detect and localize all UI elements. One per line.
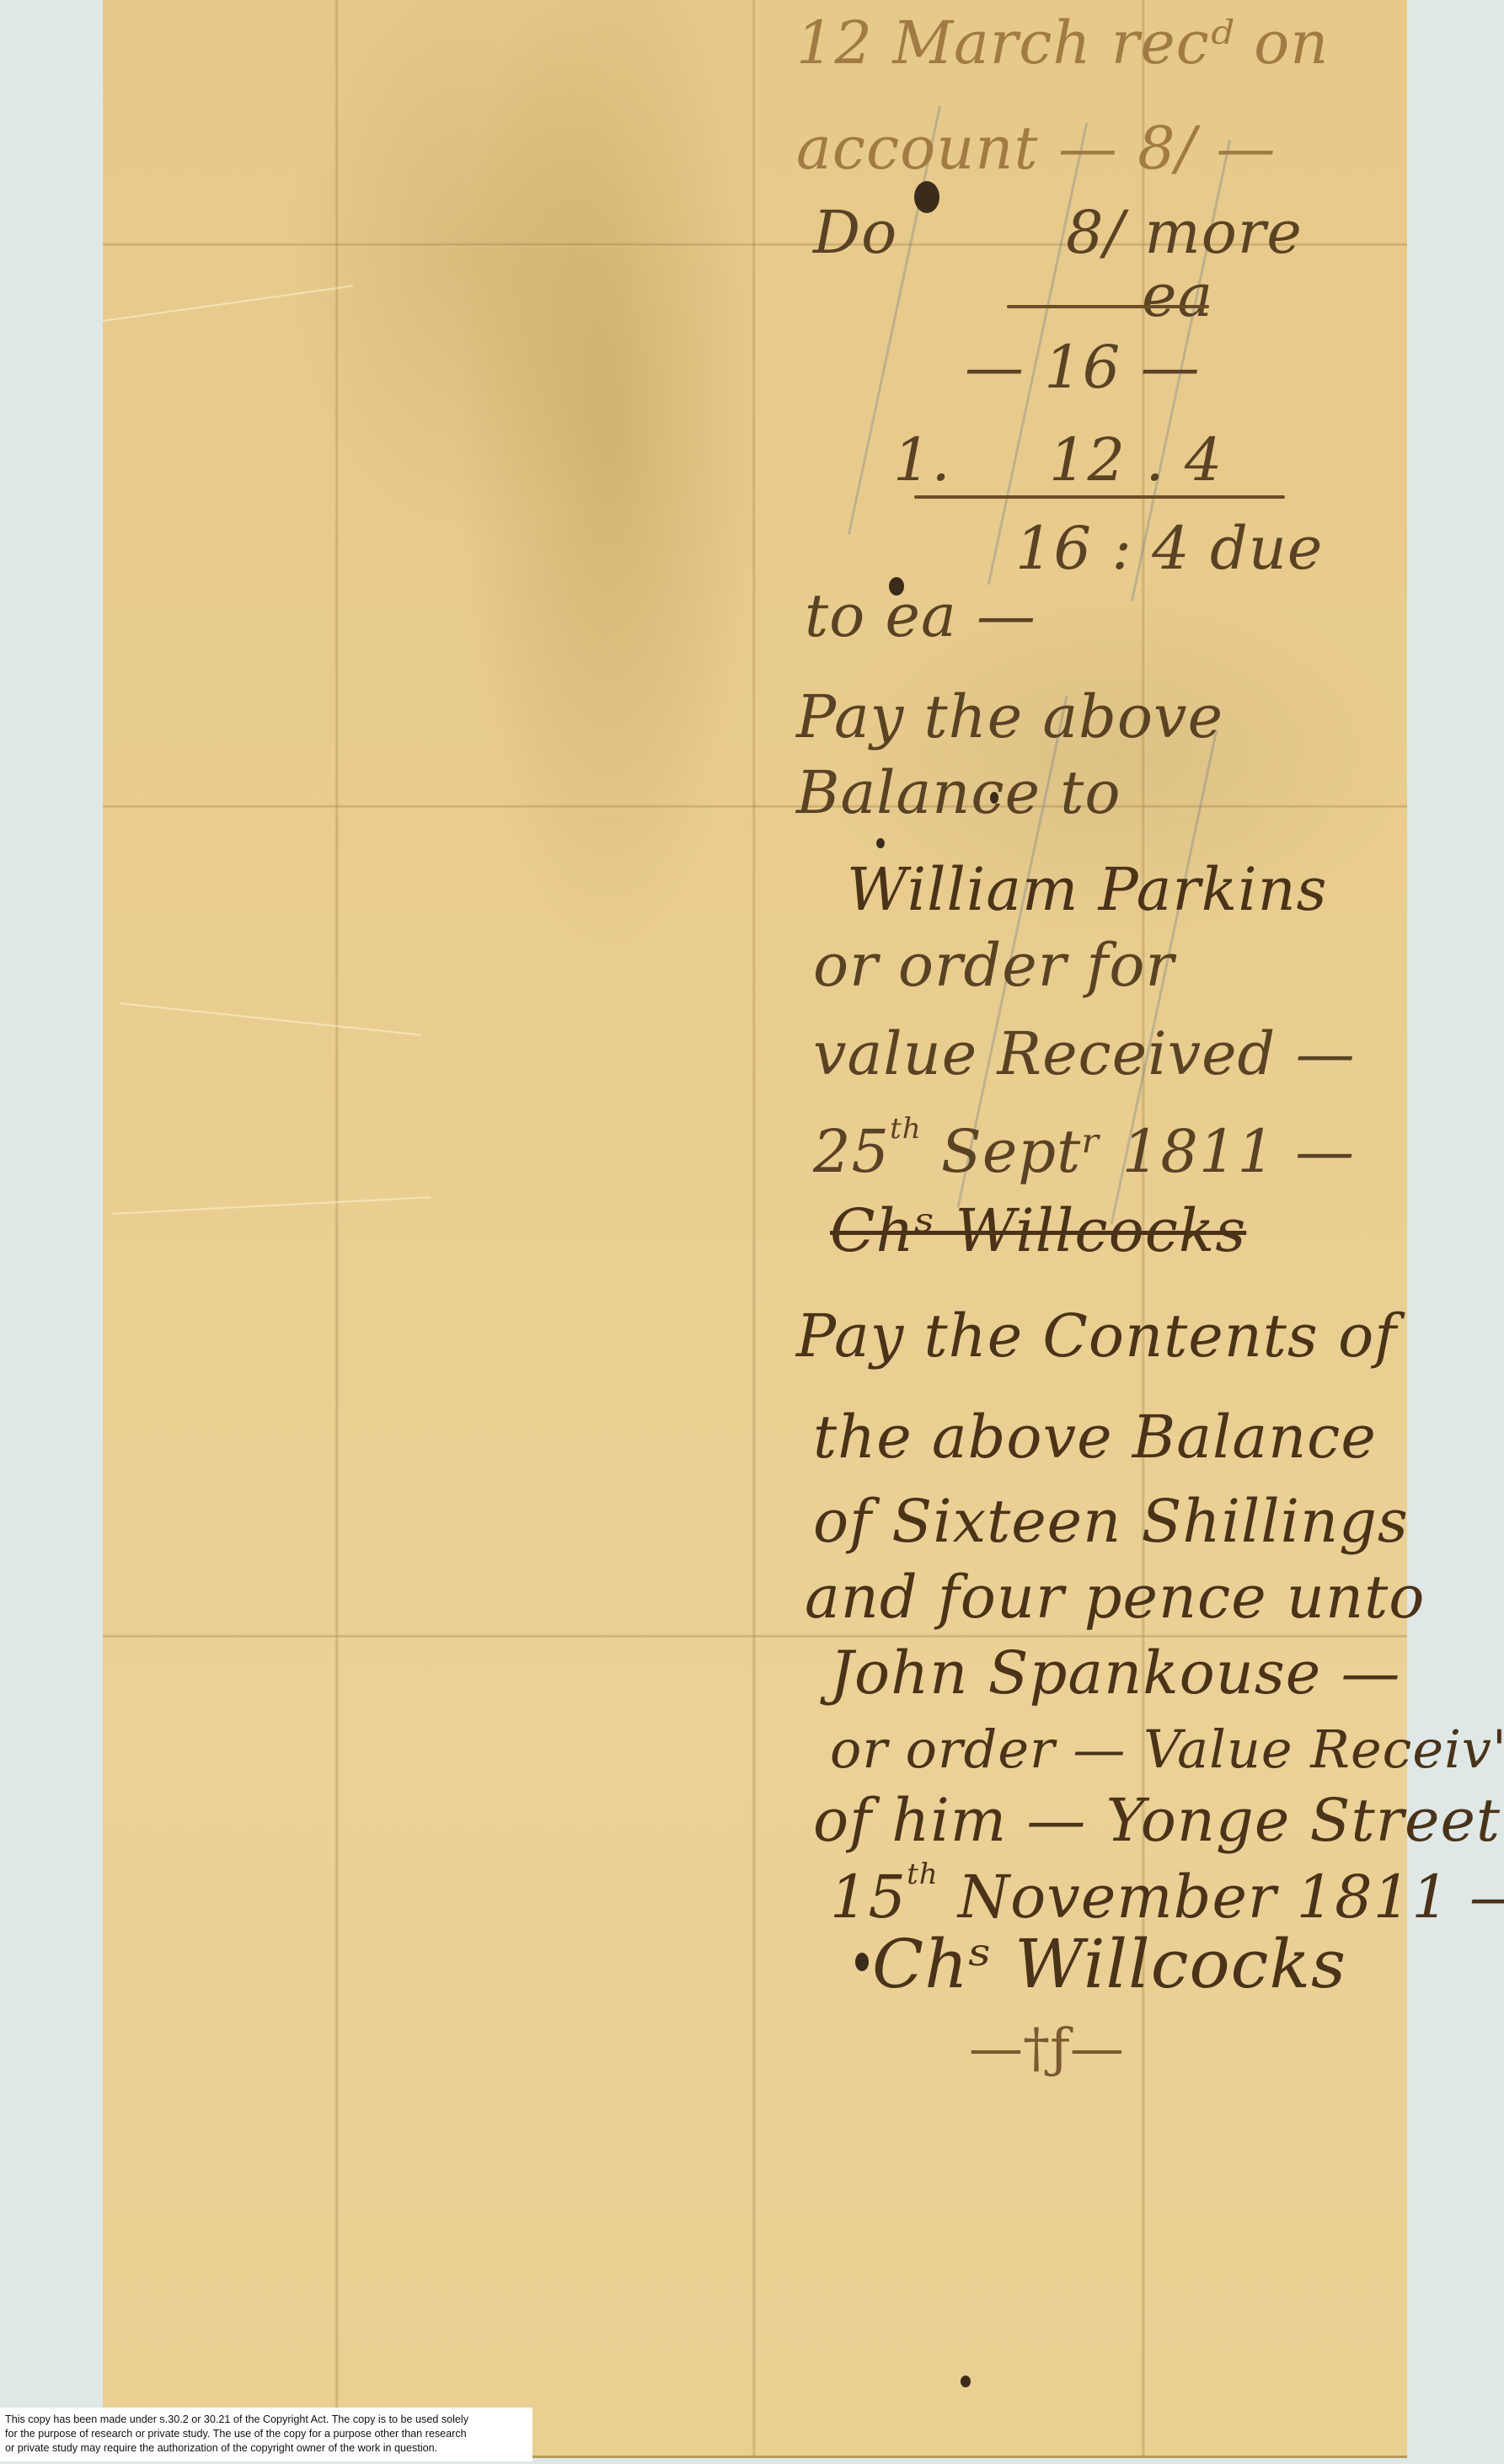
account-line-5: — 16 — (965, 333, 1201, 402)
vertical-fold-1 (335, 0, 340, 2456)
ink-blot (914, 181, 939, 213)
ink-blot (855, 1953, 869, 1971)
sum-rule (914, 495, 1285, 499)
account-line-7: 16 : 4 due (1015, 514, 1323, 583)
account-line-4: ea (1142, 261, 1213, 330)
transfer-date-day: 15 (830, 1863, 907, 1932)
order-line-5: value Received — (813, 1019, 1356, 1088)
ink-blot (990, 792, 998, 804)
crease (120, 1002, 421, 1036)
account-line-6-right: 12 . 4 (1049, 425, 1223, 494)
crease (111, 1196, 431, 1215)
copyright-notice: This copy has been made under s.30.2 or … (0, 2408, 533, 2461)
order-line-4: or order for (813, 931, 1175, 1000)
transfer-date-suffix: th (907, 1857, 939, 1891)
copyright-line-3: or private study may require the authori… (5, 2441, 527, 2456)
ink-blot (961, 2376, 971, 2387)
account-line-1: 12 March recᵈ on (796, 8, 1329, 78)
order-line-6: 25th Septʳ 1811 — (813, 1112, 1355, 1186)
order-date-day: 25 (813, 1117, 890, 1186)
transfer-line-6: or order — Value Receiv'd (830, 1718, 1504, 1780)
struck-signature: Chˢ Willcocks (830, 1196, 1246, 1265)
order-line-2: Balance to (796, 758, 1121, 827)
ink-blot (889, 577, 904, 596)
order-line-1: Pay the above (796, 682, 1223, 751)
endorsement-mark: —†ƒ— (969, 2018, 1124, 2080)
horizontal-fold-2 (103, 804, 1407, 809)
transfer-line-5: John Spankouse — (830, 1638, 1400, 1708)
transfer-line-8: 15th November 1811 — (830, 1857, 1504, 1932)
transfer-date-rest: November 1811 — (958, 1863, 1504, 1932)
order-date-rest: Septʳ 1811 — (941, 1117, 1355, 1186)
transfer-line-2: the above Balance (813, 1403, 1377, 1472)
account-line-8: to ea — (805, 581, 1036, 650)
ink-blot (876, 838, 885, 848)
copyright-line-1: This copy has been made under s.30.2 or … (5, 2413, 527, 2427)
transfer-line-3: of Sixteen Shillings (813, 1487, 1409, 1556)
transfer-line-4: and four pence unto (805, 1563, 1425, 1632)
account-line-6-left: 1. (893, 425, 951, 494)
order-date-suffix: th (890, 1112, 922, 1146)
account-line-2: account — 8/ — (796, 114, 1276, 183)
vertical-fold-2 (752, 0, 757, 2456)
copyright-line-2: for the purpose of research or private s… (5, 2427, 527, 2441)
transfer-line-1: Pay the Contents of (796, 1301, 1397, 1371)
account-line-3-right: 8/ more (1066, 198, 1303, 267)
transfer-line-7: of him — Yonge Street (813, 1786, 1501, 1855)
order-line-3: William Parkins (847, 855, 1328, 924)
account-line-3-left: Do (813, 198, 897, 267)
crease (103, 285, 353, 322)
signature: Chˢ Willcocks (872, 1925, 1346, 2003)
sum-rule (1007, 305, 1209, 308)
